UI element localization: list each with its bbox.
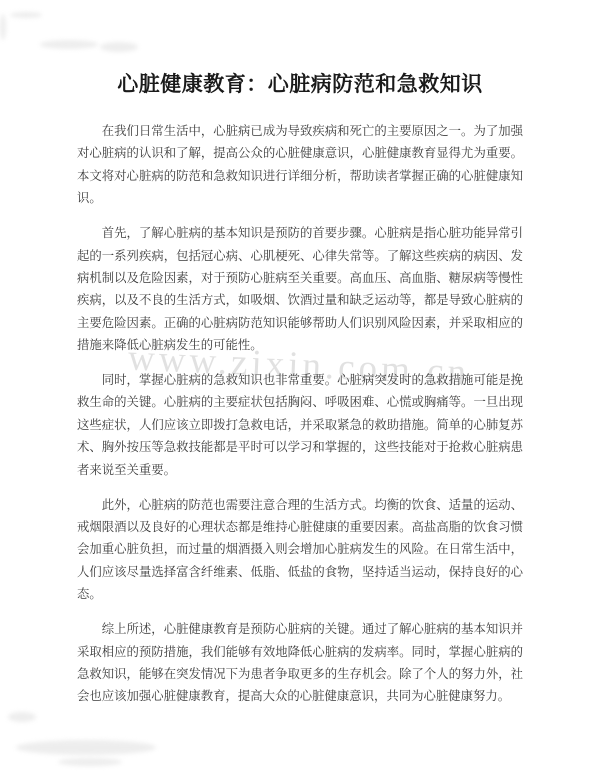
paragraph-intro: 在我们日常生活中，心脏病已成为导致疾病和死亡的主要原因之一。为了加强对心脏病的认… bbox=[77, 120, 523, 210]
scan-smudge bbox=[0, 14, 6, 40]
document-title: 心脏健康教育：心脏病防范和急救知识 bbox=[77, 72, 523, 98]
scan-smudge bbox=[16, 740, 156, 755]
scan-smudge bbox=[58, 758, 122, 766]
paragraph-lifestyle: 此外，心脏病的防范也需要注意合理的生活方式。均衡的饮食、适量的运动、戒烟限酒以及… bbox=[77, 494, 523, 606]
document-content: 心脏健康教育：心脏病防范和急救知识 在我们日常生活中，心脏病已成为导致疾病和死亡… bbox=[77, 72, 523, 720]
paragraph-first-aid: 同时，掌握心脏病的急救知识也非常重要。心脏病突发时的急救措施可能是挽救生命的关键… bbox=[77, 369, 523, 481]
document-page: www.zixin.com.cn 心脏健康教育：心脏病防范和急救知识 在我们日常… bbox=[0, 0, 600, 776]
scan-smudge bbox=[10, 12, 42, 18]
scan-smudge bbox=[40, 40, 98, 49]
paragraph-conclusion: 综上所述，心脏健康教育是预防心脏病的关键。通过了解心脏病的基本知识并采取相应的预… bbox=[77, 618, 523, 708]
scan-smudge bbox=[8, 712, 36, 722]
paragraph-basic-knowledge: 首先，了解心脏病的基本知识是预防的首要步骤。心脏病是指心脏功能异常引起的一系列疾… bbox=[77, 222, 523, 356]
scan-smudge bbox=[100, 42, 138, 52]
